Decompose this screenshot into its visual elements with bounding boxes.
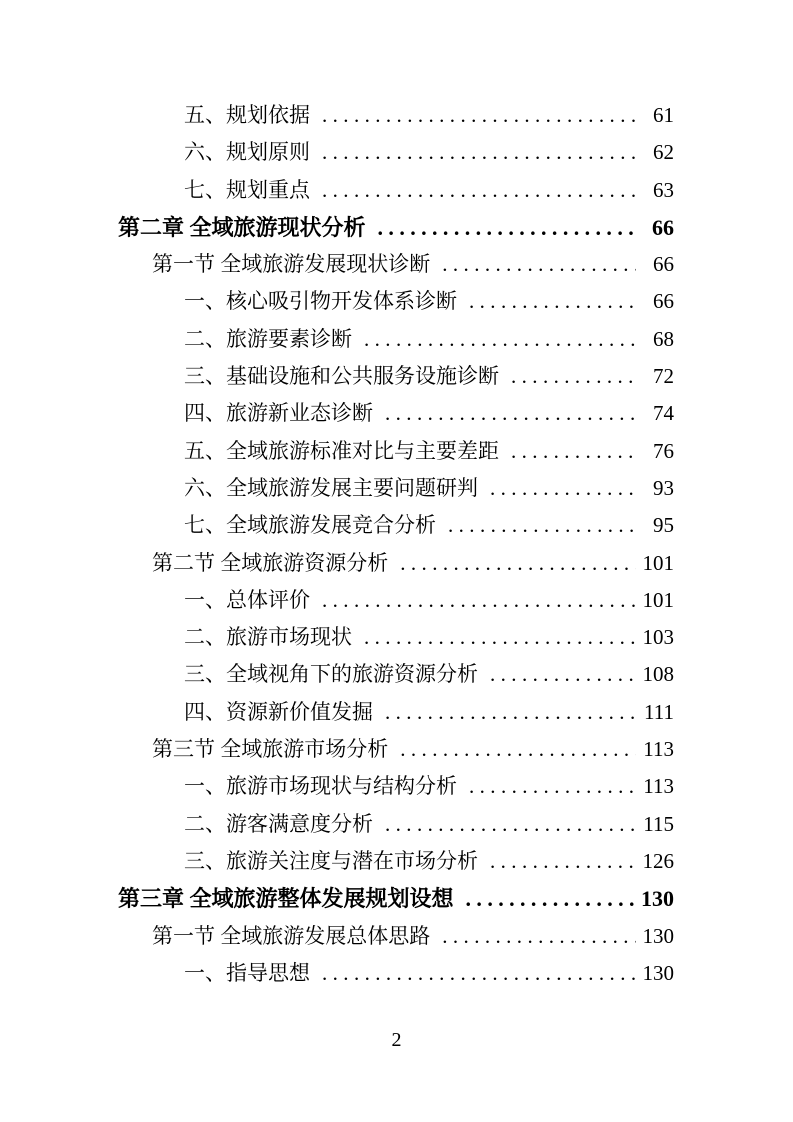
toc-leader-dots: ........................................… <box>469 768 636 805</box>
toc-leader-dots: ........................................… <box>511 358 636 395</box>
toc-entry-label: 第二节 全域旅游资源分析 <box>152 545 388 582</box>
toc-entry-label: 四、旅游新业态诊断 <box>184 395 373 432</box>
toc-entry[interactable]: 六、全域旅游发展主要问题研判..........................… <box>118 470 674 507</box>
toc-entry[interactable]: 第三节 全域旅游市场分析............................… <box>118 731 674 768</box>
toc-leader-dots: ........................................… <box>385 806 636 843</box>
toc-entry[interactable]: 四、资源新价值发掘...............................… <box>118 694 674 731</box>
toc-entry[interactable]: 第二节 全域旅游资源分析............................… <box>118 545 674 582</box>
toc-leader-dots: ........................................… <box>511 433 636 470</box>
toc-leader-dots: ........................................… <box>385 694 636 731</box>
toc-entry-label: 三、全域视角下的旅游资源分析 <box>184 656 478 693</box>
toc-entry-page: 66 <box>640 283 674 320</box>
toc-entry-label: 一、旅游市场现状与结构分析 <box>184 768 457 805</box>
toc-entry-page: 62 <box>640 134 674 171</box>
toc-entry-page: 68 <box>640 321 674 358</box>
toc-entry[interactable]: 二、旅游要素诊断................................… <box>118 321 674 358</box>
toc-entry-page: 115 <box>640 806 674 843</box>
toc-leader-dots: ........................................… <box>385 395 636 432</box>
toc-leader-dots: ........................................… <box>322 97 636 134</box>
toc-entry[interactable]: 第一节 全域旅游发展总体思路..........................… <box>118 918 674 955</box>
toc-entry-label: 第三节 全域旅游市场分析 <box>152 731 388 768</box>
toc-entry-page: 126 <box>640 843 674 880</box>
toc-leader-dots: ........................................… <box>364 321 636 358</box>
toc-entry-label: 六、规划原则 <box>184 134 310 171</box>
toc-leader-dots: ........................................… <box>322 582 636 619</box>
toc-leader-dots: ........................................… <box>322 134 636 171</box>
toc-leader-dots: ........................................… <box>400 545 636 582</box>
toc-entry[interactable]: 二、旅游市场现状................................… <box>118 619 674 656</box>
toc-entry[interactable]: 三、旅游关注度与潜在市场分析..........................… <box>118 843 674 880</box>
toc-entry-page: 66 <box>640 209 674 246</box>
table-of-contents: 五、规划依据..................................… <box>118 97 674 992</box>
document-page: 五、规划依据..................................… <box>0 0 793 1122</box>
toc-entry[interactable]: 二、游客满意度分析...............................… <box>118 806 674 843</box>
toc-entry-page: 108 <box>640 656 674 693</box>
toc-leader-dots: ........................................… <box>448 507 636 544</box>
toc-entry-page: 63 <box>640 172 674 209</box>
toc-entry-label: 五、全域旅游标准对比与主要差距 <box>184 433 499 470</box>
toc-entry[interactable]: 三、全域视角下的旅游资源分析..........................… <box>118 656 674 693</box>
toc-entry[interactable]: 第一节 全域旅游发展现状诊断..........................… <box>118 246 674 283</box>
toc-entry-page: 76 <box>640 433 674 470</box>
toc-entry[interactable]: 五、规划依据..................................… <box>118 97 674 134</box>
toc-entry[interactable]: 一、核心吸引物开发体系诊断...........................… <box>118 283 674 320</box>
toc-leader-dots: ........................................… <box>322 172 636 209</box>
toc-entry[interactable]: 五、全域旅游标准对比与主要差距.........................… <box>118 433 674 470</box>
toc-entry-label: 五、规划依据 <box>184 97 310 134</box>
toc-entry-page: 72 <box>640 358 674 395</box>
toc-leader-dots: ........................................… <box>400 731 636 768</box>
toc-entry[interactable]: 四、旅游新业态诊断...............................… <box>118 395 674 432</box>
toc-entry-label: 七、全域旅游发展竞合分析 <box>184 507 436 544</box>
toc-entry-page: 103 <box>640 619 674 656</box>
toc-entry[interactable]: 一、旅游市场现状与结构分析...........................… <box>118 768 674 805</box>
toc-entry-label: 三、基础设施和公共服务设施诊断 <box>184 358 499 395</box>
toc-entry-label: 二、游客满意度分析 <box>184 806 373 843</box>
toc-entry[interactable]: 第三章 全域旅游整体发展规划设想........................… <box>118 880 674 917</box>
toc-leader-dots: ........................................… <box>378 209 636 246</box>
toc-leader-dots: ........................................… <box>490 470 636 507</box>
toc-entry-page: 113 <box>640 768 674 805</box>
toc-entry-label: 六、全域旅游发展主要问题研判 <box>184 470 478 507</box>
toc-entry[interactable]: 三、基础设施和公共服务设施诊断.........................… <box>118 358 674 395</box>
toc-leader-dots: ........................................… <box>364 619 636 656</box>
toc-entry-label: 四、资源新价值发掘 <box>184 694 373 731</box>
toc-entry-page: 130 <box>640 955 674 992</box>
toc-entry-label: 第三章 全域旅游整体发展规划设想 <box>118 880 454 917</box>
toc-entry[interactable]: 一、指导思想..................................… <box>118 955 674 992</box>
page-number: 2 <box>0 1028 793 1052</box>
toc-entry[interactable]: 一、总体评价..................................… <box>118 582 674 619</box>
toc-leader-dots: ........................................… <box>442 246 636 283</box>
toc-leader-dots: ........................................… <box>490 843 636 880</box>
toc-leader-dots: ........................................… <box>442 918 636 955</box>
toc-entry[interactable]: 六、规划原则..................................… <box>118 134 674 171</box>
toc-entry-page: 93 <box>640 470 674 507</box>
toc-entry-label: 第一节 全域旅游发展总体思路 <box>152 918 430 955</box>
toc-entry-page: 111 <box>640 694 674 731</box>
toc-leader-dots: ........................................… <box>322 955 636 992</box>
toc-entry-label: 一、指导思想 <box>184 955 310 992</box>
toc-leader-dots: ........................................… <box>490 656 636 693</box>
toc-entry-label: 一、总体评价 <box>184 582 310 619</box>
toc-entry-label: 第二章 全域旅游现状分析 <box>118 209 366 246</box>
toc-entry-page: 61 <box>640 97 674 134</box>
toc-entry-label: 第一节 全域旅游发展现状诊断 <box>152 246 430 283</box>
toc-entry-label: 三、旅游关注度与潜在市场分析 <box>184 843 478 880</box>
toc-entry-label: 二、旅游要素诊断 <box>184 321 352 358</box>
toc-entry-page: 130 <box>640 880 674 917</box>
toc-entry-label: 二、旅游市场现状 <box>184 619 352 656</box>
toc-entry-page: 101 <box>640 545 674 582</box>
toc-entry-label: 一、核心吸引物开发体系诊断 <box>184 283 457 320</box>
toc-entry-page: 74 <box>640 395 674 432</box>
toc-entry[interactable]: 七、全域旅游发展竞合分析............................… <box>118 507 674 544</box>
toc-entry[interactable]: 七、规划重点..................................… <box>118 172 674 209</box>
toc-entry[interactable]: 第二章 全域旅游现状分析............................… <box>118 209 674 246</box>
toc-entry-page: 101 <box>640 582 674 619</box>
toc-entry-label: 七、规划重点 <box>184 172 310 209</box>
toc-entry-page: 130 <box>640 918 674 955</box>
toc-leader-dots: ........................................… <box>469 283 636 320</box>
toc-leader-dots: ........................................… <box>466 880 636 917</box>
toc-entry-page: 95 <box>640 507 674 544</box>
toc-entry-page: 66 <box>640 246 674 283</box>
toc-entry-page: 113 <box>640 731 674 768</box>
